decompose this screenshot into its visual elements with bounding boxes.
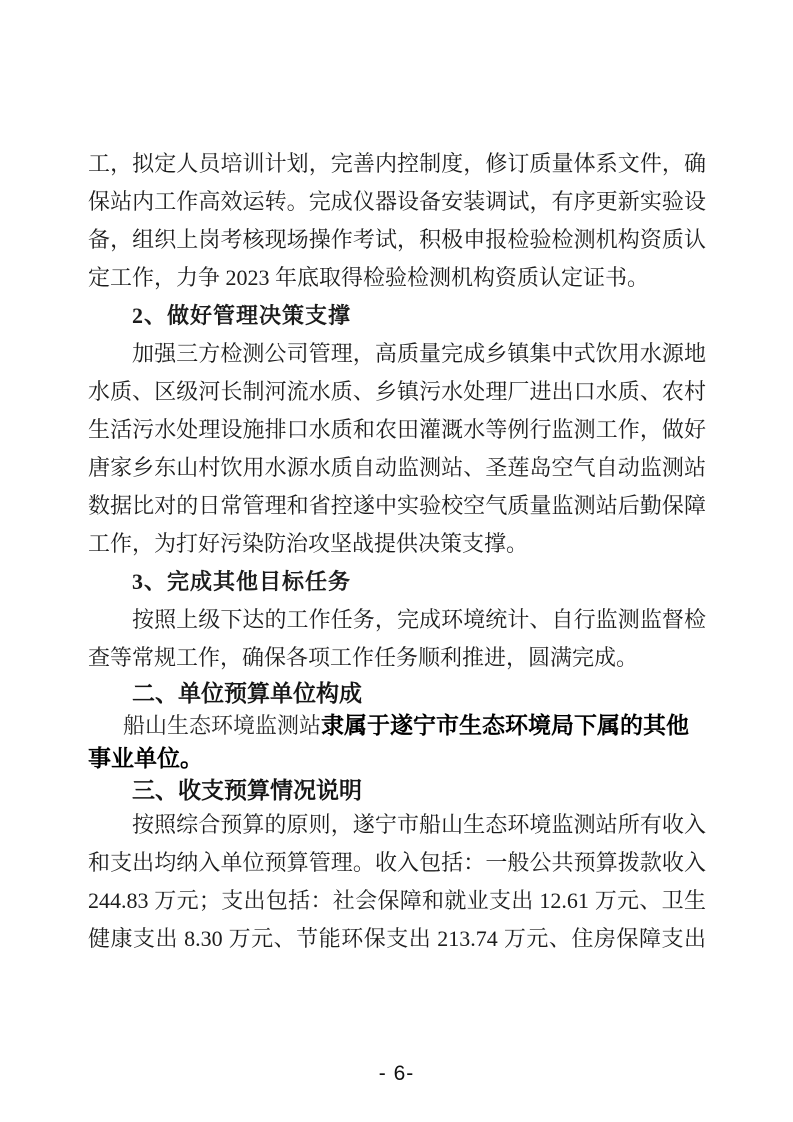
text-line: 加强三方检测公司管理，高质量完成乡镇集中式饮用水源地 [88,335,706,373]
text-line: 数据比对的日常管理和省控遂中实验校空气质量监测站后勤保障 [88,487,706,525]
subheading-management-decision-support: 2、做好管理决策支撑 [88,297,706,335]
section-heading-unit-composition: 二、单位预算单位构成 [88,677,706,709]
section-budget-unit-composition: 二、单位预算单位构成 船山生态环境监测站隶属于遂宁市生态环境局下属的其他 事业单… [88,677,706,806]
text-line: 工作，为打好污染防治攻坚战提供决策支撑。 [88,525,706,563]
text-line: 水质、区级河长制河流水质、乡镇污水处理厂进出口水质、农村 [88,373,706,411]
text-line: 按照上级下达的工作任务，完成环境统计、自行监测监督检 [88,601,706,639]
text-line: 备，组织上岗考核现场操作考试，积极申报检验检测机构资质认 [88,221,706,259]
paragraph-routine-tasks: 按照上级下达的工作任务，完成环境统计、自行监测监督检 查等常规工作，确保各项工作… [88,601,706,677]
org-affiliation-line: 船山生态环境监测站隶属于遂宁市生态环境局下属的其他 [88,709,706,742]
text-line: 查等常规工作，确保各项工作任务顺利推进，圆满完成。 [88,639,706,677]
org-name: 船山生态环境监测站 [123,713,321,738]
paragraph-work-plan: 工，拟定人员培训计划，完善内控制度，修订质量体系文件，确 保站内工作高效运转。完… [88,145,706,297]
text-line: 工，拟定人员培训计划，完善内控制度，修订质量体系文件，确 [88,145,706,183]
subheading-other-target-tasks: 3、完成其他目标任务 [88,563,706,601]
text-line: 保站内工作高效运转。完成仪器设备安装调试，有序更新实验设 [88,183,706,221]
text-line: 和支出均纳入单位预算管理。收入包括：一般公共预算拨款收入 [88,844,706,882]
org-affiliation-continued: 事业单位。 [88,742,706,774]
paragraph-budget-figures: 按照综合预算的原则，遂宁市船山生态环境监测站所有收入 和支出均纳入单位预算管理。… [88,806,706,958]
text-line: 244.83 万元；支出包括：社会保障和就业支出 12.61 万元、卫生 [88,882,706,920]
org-affiliation-bold: 隶属于遂宁市生态环境局下属的其他 [321,712,689,738]
text-line: 定工作，力争 2023 年底取得检验检测机构资质认定证书。 [88,259,706,297]
text-line: 唐家乡东山村饮用水源水质自动监测站、圣莲岛空气自动监测站 [88,449,706,487]
text-line: 生活污水处理设施排口水质和农田灌溉水等例行监测工作，做好 [88,411,706,449]
text-line: 按照综合预算的原则，遂宁市船山生态环境监测站所有收入 [88,806,706,844]
paragraph-monitoring-work: 加强三方检测公司管理，高质量完成乡镇集中式饮用水源地 水质、区级河长制河流水质、… [88,335,706,563]
document-body: 工，拟定人员培训计划，完善内控制度，修订质量体系文件，确 保站内工作高效运转。完… [88,145,706,958]
section-heading-budget-explanation: 三、收支预算情况说明 [88,774,706,806]
page-number: - 6- [0,1062,793,1086]
text-line: 健康支出 8.30 万元、节能环保支出 213.74 万元、住房保障支出 [88,920,706,958]
document-page: 工，拟定人员培训计划，完善内控制度，修订质量体系文件，确 保站内工作高效运转。完… [0,0,793,1122]
